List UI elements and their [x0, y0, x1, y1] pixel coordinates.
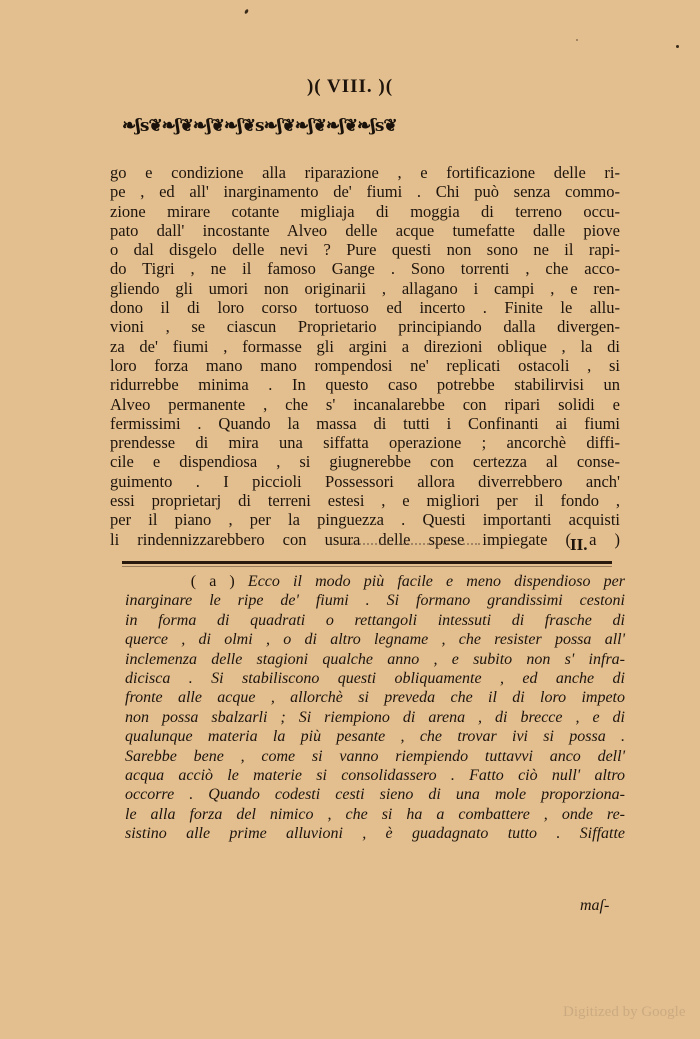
- footnote-line: Sarebbe bene , come si vanno riempiendo …: [125, 747, 625, 766]
- page-speck: [576, 39, 578, 41]
- body-line: cile e dispendiosa , si giugnerebbe con …: [110, 452, 620, 471]
- footnote: ( a ) Ecco il modo più facile e meno dis…: [125, 572, 625, 844]
- footnote-line: fronte alle acque , allorchè si preveda …: [125, 688, 625, 707]
- body-line: za de' fiumi , formasse gli argini a dir…: [110, 337, 620, 356]
- footnote-line: le alla forza del nimico , che si ha a c…: [125, 805, 625, 824]
- footnote-line: non possa sbalzarli ; Si riempiono di ar…: [125, 708, 625, 727]
- body-line: do Tigri , ne il famoso Gange . Sono tor…: [110, 259, 620, 278]
- decorative-ornament-band: ❧ʃs❦❧ʃ❦❧ʃ❦❧ʃ❦s❧ʃ❦❧ʃ❦❧ʃ❦❧ʃs❦: [122, 116, 622, 138]
- body-line: ridurrebbe minima . In questo caso potre…: [110, 375, 620, 394]
- body-line: loro forza mano mano rompendosi ne' repl…: [110, 356, 620, 375]
- body-line: essi proprietarj di terreni estesi , e m…: [110, 491, 620, 510]
- footnote-catchword: maſ-: [580, 897, 609, 915]
- footnote-line: acqua acciò le materie si consolidassero…: [125, 766, 625, 785]
- footnote-line: inarginare le ripe de' fiumi . Si forman…: [125, 591, 625, 610]
- footnote-marker: ( a ): [191, 573, 235, 590]
- footnote-line: inclemenza delle stagioni qualche anno ,…: [125, 650, 625, 669]
- body-line: o dal disgelo delle nevi ? Pure questi n…: [110, 240, 620, 259]
- footnote-line: sistino alle prime alluvioni , è guadagn…: [125, 824, 625, 843]
- page-speck: [676, 45, 679, 48]
- body-line: gliendo gli umori non originarii , allag…: [110, 279, 620, 298]
- footnote-divider-rule: [122, 561, 612, 564]
- body-line: Alveo permanente , che s' incanalarebbe …: [110, 395, 620, 414]
- footnote-line: in forma di quadrati o rettangoli intess…: [125, 611, 625, 630]
- footnote-divider-rule-thin: [122, 566, 612, 567]
- page-speck: [244, 9, 249, 15]
- footnote-line: qualunque materia la più pesante , che t…: [125, 727, 625, 746]
- body-line: guimento . I piccioli Possessori allora …: [110, 472, 620, 491]
- footnote-line: dicisca . Si stabiliscono questi obliqua…: [125, 669, 625, 688]
- body-line: vioni , se ciascun Proprietario principi…: [110, 317, 620, 336]
- body-line: fermissimi . Quando la massa di tutti i …: [110, 414, 620, 433]
- running-head: )( VIII. )(: [0, 76, 700, 98]
- footnote-line-text: Ecco il modo più facile e meno dispendio…: [248, 573, 625, 590]
- main-body-text: go e condizione alla riparazione , e for…: [110, 163, 620, 549]
- body-line: go e condizione alla riparazione , e for…: [110, 163, 620, 182]
- footnote-line: querce , di olmi , o di altro legname , …: [125, 630, 625, 649]
- body-line: prendesse di mira una siffatta operazion…: [110, 433, 620, 452]
- body-line: dono il di loro corso tortuoso ed incert…: [110, 298, 620, 317]
- body-line: per il piano , per la pinguezza . Questi…: [110, 510, 620, 529]
- body-line: pato dall' incostante Alveo delle acque …: [110, 221, 620, 240]
- body-line: zione mirare cotante migliaja di moggia …: [110, 202, 620, 221]
- ink-smudge: [340, 543, 480, 549]
- footnote-line: occorre . Quando codesti cesti sieno di …: [125, 785, 625, 804]
- digitization-watermark: Digitized by Google: [563, 1004, 685, 1021]
- footnote-line: ( a ) Ecco il modo più facile e meno dis…: [125, 572, 625, 591]
- catchword: II.: [570, 535, 587, 555]
- body-line: pe , ed all' inarginamento de' fiumi . C…: [110, 182, 620, 201]
